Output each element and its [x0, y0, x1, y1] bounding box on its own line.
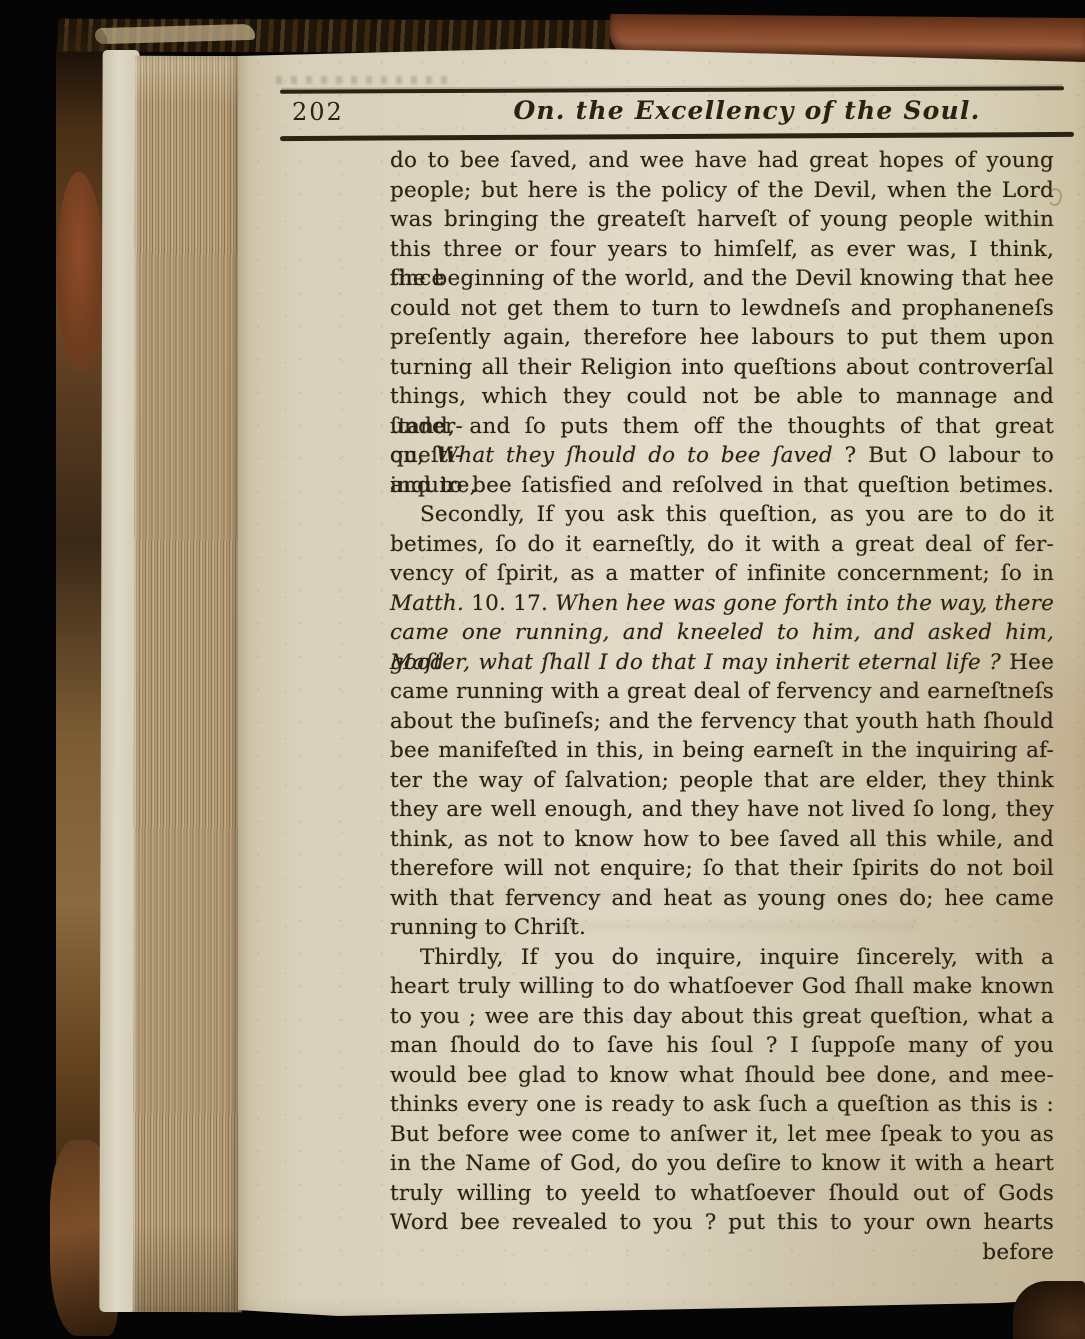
text-segment: Secondly, If you ask this queſtion, as y…	[420, 502, 1054, 527]
text-segment: But before wee come to anſwer it, let me…	[390, 1122, 1054, 1147]
text-segment: man ſhould do to ſave his ſoul ? I ſuppo…	[390, 1033, 1054, 1058]
text-line: truly willing to yeeld to whatſoever ſho…	[390, 1179, 1054, 1209]
text-block: do to bee ſaved, and wee have had great …	[390, 146, 1054, 1267]
text-segment: about the buſineſs; and the fervency tha…	[390, 709, 1054, 734]
text-segment: ter the way of ſalvation; people that ar…	[390, 768, 1054, 793]
text-line: came one running, and kneeled to him, an…	[390, 618, 1054, 648]
text-segment: 10. 17.	[464, 591, 555, 616]
text-line: thinks every one is ready to ask ſuch a …	[390, 1090, 1054, 1120]
text-segment: would bee glad to know what ſhould bee d…	[390, 1063, 1054, 1088]
text-line: and to bee ſatisfied and reſolved in tha…	[390, 471, 1054, 501]
text-segment: Thirdly, If you do inquire, inquire ſinc…	[420, 945, 1054, 970]
text-segment: thinks every one is ready to ask ſuch a …	[390, 1092, 1054, 1117]
text-segment: vency of ſpirit, as a matter of infinite…	[390, 561, 1054, 586]
text-segment: came running with a great deal of ferven…	[390, 679, 1054, 704]
text-segment: and to bee ſatisfied and reſolved in tha…	[390, 473, 1054, 498]
text-line: this three or four years to himſelf, as …	[390, 235, 1054, 265]
text-line: they are well enough, and they have not …	[390, 795, 1054, 825]
text-line: Secondly, If you ask this queſtion, as y…	[390, 500, 1054, 530]
text-line: vency of ſpirit, as a matter of infinite…	[390, 559, 1054, 589]
text-segment: do to bee ſaved, and wee have had great …	[390, 148, 1054, 173]
text-line: preſently again, therefore hee labours t…	[390, 323, 1054, 353]
text-line: could not get them to turn to lewdneſs a…	[390, 294, 1054, 324]
text-line: betimes, ſo do it earneſtly, do it with …	[390, 530, 1054, 560]
text-line: people; but here is the policy of the De…	[390, 176, 1054, 206]
text-line: ter the way of ſalvation; people that ar…	[390, 766, 1054, 796]
page-header: 202 On. the Excellency of the Soul.	[280, 96, 1064, 130]
ink-smudge	[276, 76, 456, 84]
text-segment: to you ; wee are this day about this gre…	[390, 1004, 1054, 1029]
text-line: think, as not to know how to bee ſaved a…	[390, 825, 1054, 855]
text-segment: truly willing to yeeld to whatſoever ſho…	[390, 1181, 1054, 1206]
text-line: But before wee come to anſwer it, let me…	[390, 1120, 1054, 1150]
text-line: turning all their Religion into queſtion…	[390, 353, 1054, 383]
text-segment: could not get them to turn to lewdneſs a…	[390, 296, 1054, 321]
text-segment: Maſter, what ſhall I do that I may inher…	[390, 650, 1009, 675]
text-line: in the Name of God, do you deſire to kno…	[390, 1149, 1054, 1179]
text-segment: therefore will not enquire; ſo that thei…	[390, 856, 1054, 881]
text-line: came running with a great deal of ferven…	[390, 677, 1054, 707]
text-segment: Hee	[1009, 650, 1054, 675]
text-line: running to Chriſt.	[390, 913, 1054, 943]
text-segment: When hee was gone forth into the way, th…	[555, 591, 1054, 616]
text-line: with that fervency and heat as young one…	[390, 884, 1054, 914]
text-segment: What they ſhould do to bee ſaved	[436, 443, 833, 468]
text-segment: bee manifeſted in this, in being earneſt…	[390, 738, 1054, 763]
text-segment: was bringing the greateſt harveſt of you…	[390, 207, 1054, 232]
text-line: do to bee ſaved, and wee have had great …	[390, 146, 1054, 176]
text-line: ſtand, and ſo puts them off the thoughts…	[390, 412, 1054, 442]
text-line: about the buſineſs; and the fervency tha…	[390, 707, 1054, 737]
text-segment: think, as not to know how to bee ſaved a…	[390, 827, 1054, 852]
text-line: on, What they ſhould do to bee ſaved ? B…	[390, 441, 1054, 471]
text-line: Thirdly, If you do inquire, inquire ſinc…	[390, 943, 1054, 973]
text-segment: on,	[390, 443, 436, 468]
text-segment: heart truly willing to do whatſoever God…	[390, 974, 1054, 999]
text-line: therefore will not enquire; ſo that thei…	[390, 854, 1054, 884]
text-segment: they are well enough, and they have not …	[390, 797, 1054, 822]
text-line: Word bee revealed to you ? put this to y…	[390, 1208, 1054, 1238]
text-line: would bee glad to know what ſhould bee d…	[390, 1061, 1054, 1091]
text-segment: the beginning of the world, and the Devi…	[390, 266, 1054, 291]
header-rule-top	[280, 86, 1064, 93]
book-page: 202 On. the Excellency of the Soul. do t…	[238, 46, 1085, 1322]
page-fore-edge-stack	[133, 56, 244, 1312]
text-segment: Word bee revealed to you ? put this to y…	[390, 1210, 1054, 1235]
text-segment: turning all their Religion into queſtion…	[390, 355, 1054, 380]
text-segment: in the Name of God, do you deſire to kno…	[390, 1151, 1054, 1176]
text-line: Maſter, what ſhall I do that I may inher…	[390, 648, 1054, 678]
header-rule-bottom	[280, 132, 1074, 141]
text-segment: Matth.	[390, 591, 464, 616]
text-line: man ſhould do to ſave his ſoul ? I ſuppo…	[390, 1031, 1054, 1061]
text-line: was bringing the greateſt harveſt of you…	[390, 205, 1054, 235]
text-line: Matth. 10. 17. When hee was gone forth i…	[390, 589, 1054, 619]
text-segment: people; but here is the policy of the De…	[390, 178, 1054, 203]
book-scan-photo: { "header": { "page_number": "202", "run…	[0, 0, 1085, 1339]
text-segment: betimes, ſo do it earneſtly, do it with …	[390, 532, 1054, 557]
catchword: before	[390, 1238, 1054, 1268]
text-segment: running to Chriſt.	[390, 915, 586, 940]
text-segment: with that fervency and heat as young one…	[390, 886, 1054, 911]
text-line: bee manifeſted in this, in being earneſt…	[390, 736, 1054, 766]
text-line: things, which they could not be able to …	[390, 382, 1054, 412]
text-line: to you ; wee are this day about this gre…	[390, 1002, 1054, 1032]
text-line: heart truly willing to do whatſoever God…	[390, 972, 1054, 1002]
running-title: On. the Excellency of the Soul.	[280, 96, 1064, 125]
binding-bottom-right-corner	[1013, 1281, 1085, 1339]
text-segment: preſently again, therefore hee labours t…	[390, 325, 1054, 350]
text-line: the beginning of the world, and the Devi…	[390, 264, 1054, 294]
